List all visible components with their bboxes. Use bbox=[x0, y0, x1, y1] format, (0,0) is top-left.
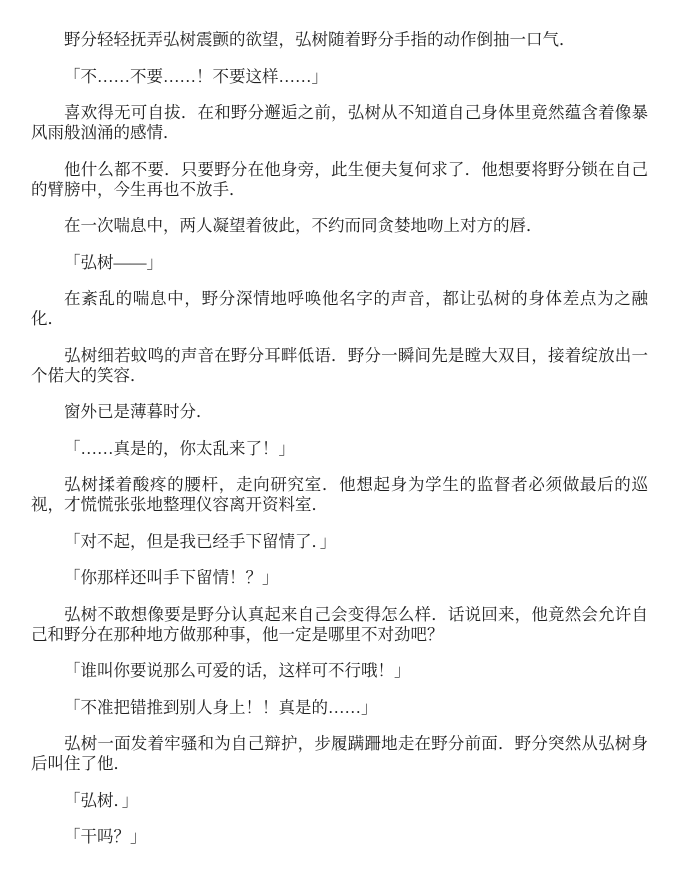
paragraph: 弘树一面发着牢骚和为自己辩护，步履蹒跚地走在野分前面．野分突然从弘树身后叫住了他… bbox=[31, 734, 648, 774]
paragraph: 弘树细若蚊鸣的声音在野分耳畔低语．野分一瞬间先是瞠大双目，接着绽放出一个偌大的笑… bbox=[31, 346, 648, 386]
dialogue-line: 「……真是的，你太乱来了！」 bbox=[31, 439, 648, 459]
paragraph: 弘树揉着酸疼的腰杆，走向研究室．他想起身为学生的监督者必须做最后的巡视，才慌慌张… bbox=[31, 475, 648, 515]
dialogue-line: 「干吗？」 bbox=[31, 827, 648, 847]
dialogue-line: 「对不起，但是我已经手下留情了．」 bbox=[31, 532, 648, 552]
paragraph: 在紊乱的喘息中，野分深情地呼唤他名字的声音，都让弘树的身体差点为之融化． bbox=[31, 289, 648, 329]
dialogue-line: 「弘树．」 bbox=[31, 791, 648, 811]
dialogue-line: 「谁叫你要说那么可爱的话，这样可不行哦！」 bbox=[31, 661, 648, 681]
paragraph: 他什么都不要．只要野分在他身旁，此生便夫复何求了．他想要将野分锁在自己的臂膀中，… bbox=[31, 160, 648, 200]
paragraph: 野分轻轻抚弄弘树震颤的欲望，弘树随着野分手指的动作倒抽一口气． bbox=[31, 30, 648, 50]
dialogue-line: 「不准把错推到别人身上！！真是的……」 bbox=[31, 698, 648, 718]
paragraph: 窗外已是薄暮时分． bbox=[31, 402, 648, 422]
novel-page: 野分轻轻抚弄弘树震颤的欲望，弘树随着野分手指的动作倒抽一口气． 「不……不要……… bbox=[0, 0, 680, 880]
paragraph: 喜欢得无可自拔．在和野分邂逅之前，弘树从不知道自己身体里竟然蕴含着像暴风雨般汹涌… bbox=[31, 103, 648, 143]
paragraph: 弘树不敢想像要是野分认真起来自己会变得怎么样．话说回来，他竟然会允许自己和野分在… bbox=[31, 605, 648, 645]
paragraph: 在一次喘息中，两人凝望着彼此，不约而同贪婪地吻上对方的唇． bbox=[31, 216, 648, 236]
dialogue-line: 「弘树——」 bbox=[31, 253, 648, 273]
dialogue-line: 「你那样还叫手下留情！？」 bbox=[31, 568, 648, 588]
dialogue-line: 「不……不要……！不要这样……」 bbox=[31, 67, 648, 87]
